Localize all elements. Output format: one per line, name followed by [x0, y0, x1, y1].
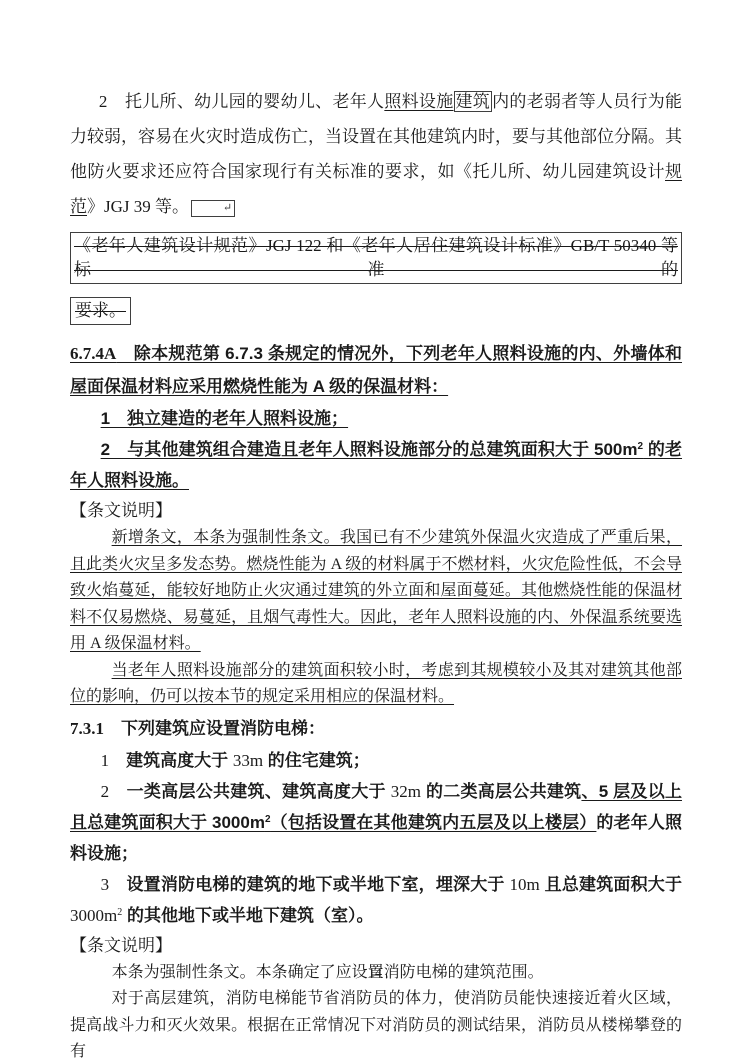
paragraph-intro: 2 托儿所、幼儿园的婴幼儿、老年人照料设施建筑内的老弱者等人员行为能力较弱，容易…	[70, 84, 682, 224]
clause-item-text: 一类高层公共建筑、建筑高度大于	[109, 782, 391, 801]
clause-674a-item-2: 2 与其他建筑组合建造且老年人照料设施部分的总建筑面积大于 500m2 的老年人…	[70, 434, 682, 496]
deleted-text-block: 《老年人建筑设计规范》JGJ 122 和《老年人居住建筑设计标准》GB/T 50…	[70, 232, 682, 325]
document-page: 2 托儿所、幼儿园的婴幼儿、老年人照料设施建筑内的老弱者等人员行为能力较弱，容易…	[0, 0, 750, 1060]
intro-text-3: 》JGJ 39 等。	[87, 197, 189, 216]
clause-number: 6.7.4A	[70, 344, 116, 363]
explanation-674a-paragraph-1: 新增条文，本条为强制性条文。我国已有不少建筑外保温火灾造成了严重后果，且此类火灾…	[70, 525, 682, 658]
explanation-text: 当老年人照料设施部分的建筑面积较小时，考虑到其规模较小及其对建筑其他部位的影响，…	[70, 662, 682, 706]
clause-heading-674a: 6.7.4A 除本规范第 6.7.3 条规定的情况外，下列老年人照料设施的内、外…	[70, 337, 682, 403]
clause-heading-731: 7.3.1 下列建筑应设置消防电梯：	[70, 712, 682, 745]
clause-item-text: 且总建筑面积大于	[540, 875, 682, 894]
explanation-674a-paragraph-2: 当老年人照料设施部分的建筑面积较小时，考虑到其规模较小及其对建筑其他部位的影响，…	[70, 658, 682, 711]
clause-item-text: 的住宅建筑；	[263, 751, 370, 770]
clause-item-text: 的其他地下或半地下建筑（室）。	[122, 906, 373, 925]
explanation-text: 新增条文，本条为强制性条文。我国已有不少建筑外保温火灾造成了严重后果，且此类火灾…	[70, 529, 682, 652]
depth-value: 10m	[510, 875, 540, 894]
height-value: 32m	[391, 782, 421, 801]
clause-item-text: 2 与其他建筑组合建造且老年人照料设施部分的总建筑面积大于 500m	[101, 440, 638, 459]
clause-674a-item-1: 1 独立建造的老年人照料设施；	[70, 403, 682, 434]
item-number: 3	[101, 875, 110, 894]
explanation-text: 对于高层建筑，消防电梯能节省消防员的体力，使消防员能快速接近着火区域，提高战斗力…	[70, 990, 682, 1060]
clause-heading-text: 除本规范第 6.7.3 条规定的情况外，下列老年人照料设施的内、外墙体和屋面保温…	[70, 344, 682, 396]
boxed-deleted-term: 建筑	[454, 91, 493, 112]
inserted-text-underline: （包括设置在其他建筑内五层及以上楼层）	[271, 813, 597, 832]
explanation-label: 【条文说明】	[70, 496, 682, 525]
footer-page-number: 14	[0, 966, 750, 982]
clause-item-text: 建筑高度大于	[109, 751, 233, 770]
deleted-text-line: 要求。	[70, 297, 131, 325]
page-content: 2 托儿所、幼儿园的婴幼儿、老年人照料设施建筑内的老弱者等人员行为能力较弱，容易…	[70, 84, 682, 1060]
inserted-text-underline: 照料设施	[384, 92, 453, 111]
height-value: 33m	[233, 751, 263, 770]
clause-731-item-1: 1 建筑高度大于 33m 的住宅建筑；	[70, 745, 682, 776]
explanation-label: 【条文说明】	[70, 931, 682, 960]
item-number: 1	[101, 751, 110, 770]
clause-731-item-2: 2 一类高层公共建筑、建筑高度大于 32m 的二类高层公共建筑、5 层及以上且总…	[70, 776, 682, 869]
clause-item-text: 1 独立建造的老年人照料设施；	[101, 409, 348, 428]
clause-731-item-3: 3 设置消防电梯的建筑的地下或半地下室，埋深大于 10m 且总建筑面积大于 30…	[70, 869, 682, 931]
clause-number: 7.3.1	[70, 719, 104, 738]
deleted-text-line-wrap: 要求。	[70, 297, 682, 325]
area-value: 3000m	[70, 906, 117, 925]
item-number: 2	[101, 782, 110, 801]
clause-heading-text: 下列建筑应设置消防电梯：	[104, 719, 325, 738]
paragraph-mark-icon: ↵	[191, 200, 235, 217]
intro-text-1: 2 托儿所、幼儿园的婴幼儿、老年人	[99, 92, 384, 111]
deleted-text-line: 《老年人建筑设计规范》JGJ 122 和《老年人居住建筑设计标准》GB/T 50…	[70, 232, 682, 284]
clause-item-text: 的二类高层公共建筑	[421, 782, 581, 801]
clause-item-text: 设置消防电梯的建筑的地下或半地下室，埋深大于	[109, 875, 509, 894]
explanation-731-paragraph-2: 对于高层建筑，消防电梯能节省消防员的体力，使消防员能快速接近着火区域，提高战斗力…	[70, 986, 682, 1060]
